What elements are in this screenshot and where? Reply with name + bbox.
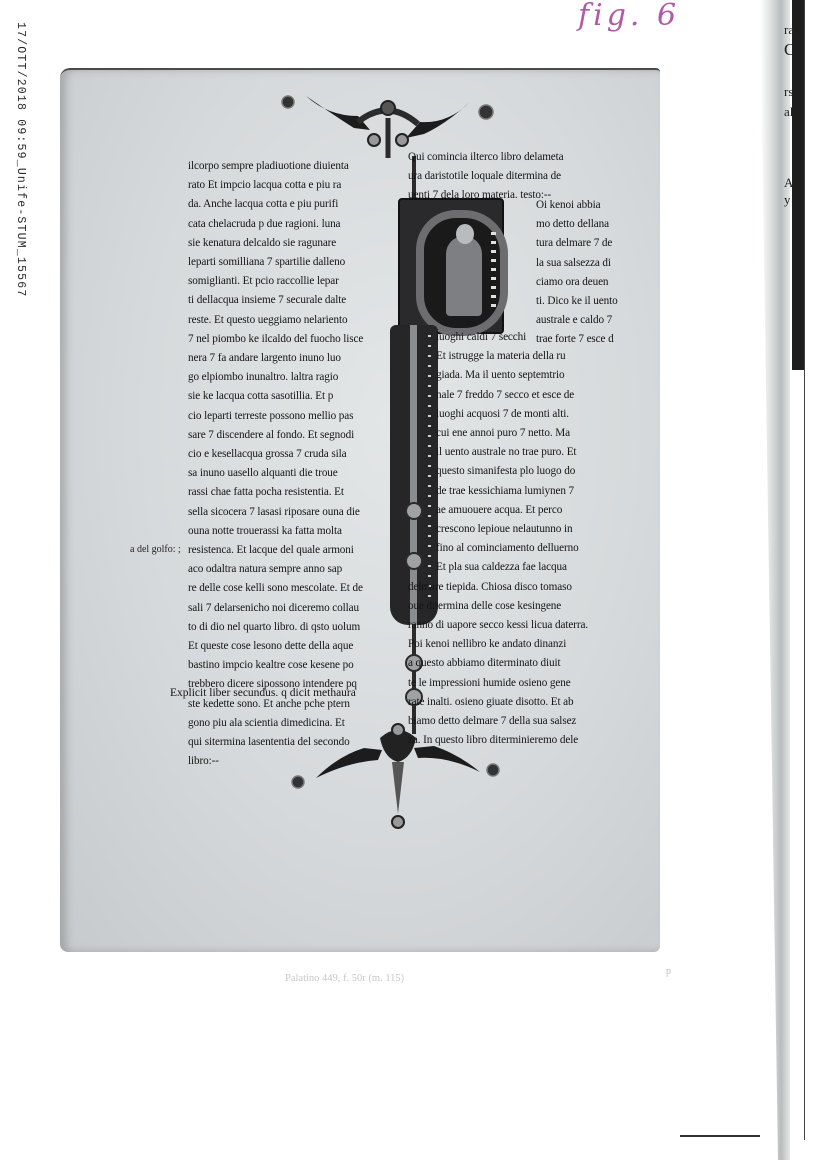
adjacent-page-fragment: C [784,40,800,60]
stem-knot [405,502,423,520]
text-line: la sua salsezza di [536,254,612,273]
text-line: da. Anche lacqua cotta e piu purifi [188,195,378,214]
adjacent-page-fragment: al [784,104,800,120]
text-line: biamo detto delmare 7 della sua salsez [408,712,616,731]
pearl-border [491,232,496,312]
text-line: ilcorpo sempre pladiuotione diuienta [188,157,378,176]
text-line: nera 7 fa andare largento inuno luo [188,349,378,368]
explicit-line: Explicit liber secundus. q dicit methaur… [170,687,356,699]
text-line: rato Et impcio lacqua cotta e piu ra [188,176,378,195]
text-line: somiglianti. Et pcio raccollie lepar [188,272,378,291]
text-line: cio leparti terreste possono mellio pas [188,407,378,426]
text-line: nale 7 freddo 7 secco et esce de [436,386,616,405]
text-line: delmare tiepida. Chiosa disco tomaso [408,578,616,597]
text-line: za. In questo libro diterminieremo dele [408,731,616,750]
right-inset-text: Oi kenoi abbia mo detto dellana tura del… [536,196,612,350]
text-line: sali 7 delarsenicho noi diceremo collau [188,599,378,618]
text-line: ti. Dico ke il uento [536,292,612,311]
text-line: rassi chae fatta pocha resistentia. Et [188,483,378,502]
stem-knot [405,552,423,570]
figure-caption: Palatino 449, f. 50r (m. 115) [285,973,404,984]
stem-dots [428,335,431,605]
text-line: sare 7 discendere al fondo. Et segnodi [188,426,378,445]
right-text-column: luoghi caldi 7 secchi Et istrugge la mat… [436,328,616,750]
adjacent-page-fragment: rs [784,84,800,100]
adjacent-page-fragment: y [784,192,800,208]
text-line: Poi kenoi nellibro ke andato dinanzi [408,635,616,654]
text-line: libro:-- [188,752,378,771]
text-line: leparti somilliana 7 spartilie dalleno [188,253,378,272]
text-line: sella sicocera 7 lasasi riposare ouna di… [188,503,378,522]
text-line: te le impressioni humide osieno gene [408,674,616,693]
text-line: bastino impcio kealtre cose kesene po [188,656,378,675]
text-line: sie ke lacqua cotta sasotillia. Et p [188,387,378,406]
text-line: luoghi caldi 7 secchi [436,328,616,347]
text-line: giada. Ma il uento septemtrio [436,366,616,385]
text-line: rate inalti. osieno giuate disotto. Et a… [408,693,616,712]
text-line: Et pla sua caldezza fae lacqua [436,558,616,577]
text-line: ae amuouere acqua. Et perco [436,501,616,520]
text-line: to di dio nel quarto libro. di qsto uolu… [188,618,378,637]
text-line: reste. Et questo ueggiamo nelariento [188,311,378,330]
text-line: tura delmare 7 de [536,234,612,253]
text-line: resistenca. Et lacque del quale armoni [188,541,378,560]
left-text-column: ilcorpo sempre pladiuotione diuienta rat… [188,157,378,772]
scan-stamp: 17/OTT/2018 09:59_Unife-STUM_15567 [14,22,27,297]
text-line: de trae kessichiama lumiynen 7 [436,482,616,501]
adjacent-page-fragment: A [784,175,800,191]
bottom-rule [680,1135,760,1137]
margin-note: a del golfo: ; [130,544,181,555]
text-line: ranno di uapore secco kessi licua daterr… [408,616,616,635]
text-line: aco odaltra natura sempre anno sap [188,560,378,579]
page-gutter-line [804,0,805,1140]
text-line: ciamo ora deuen [536,273,612,292]
text-line: Et istrugge la materia della ru [436,347,616,366]
text-line: fino al cominciamento delluerno [436,539,616,558]
text-line: ti dellacqua insieme 7 securale dalte [188,291,378,310]
scholar-head [456,224,474,244]
text-line: crescono lepioue nelautunno in [436,520,616,539]
illuminated-initial-p [398,198,504,334]
text-line: il uento australe no trae puro. Et [436,443,616,462]
text-line: a questo abbiamo diterminato diuit [408,654,616,673]
initial-bowl [416,210,508,336]
scholar-figure [446,236,482,316]
text-line: re delle cose kelli sono mescolate. Et d… [188,579,378,598]
page-mark: p [666,966,671,977]
text-line: ouna notte trouerassi ka fatta molta [188,522,378,541]
text-line: luoghi acquosi 7 de monti alti. [436,405,616,424]
heading-line: ura daristotile loquale ditermina de [408,167,608,186]
figure-label-handwritten: fig. 6 [578,0,680,33]
text-line: cui ene annoi puro 7 netto. Ma [436,424,616,443]
text-line: 7 nel piombo ke ilcaldo del fuocho lisce [188,330,378,349]
text-line: Et queste cose lesono dette della aque [188,637,378,656]
text-line: gono piu ala scientia dimedicina. Et [188,714,378,733]
heading-line: Qui comincia ilterco libro delameta [408,148,608,167]
text-line: oue ditermina delle cose kesingene [408,597,616,616]
text-line: go elpiombo inunaltro. laltra ragio [188,368,378,387]
text-line: cata chelacruda p due ragioni. luna [188,215,378,234]
text-line: sa inuno uasello alquanti die troue [188,464,378,483]
text-line: Oi kenoi abbia [536,196,612,215]
text-line: mo detto dellana [536,215,612,234]
adjacent-page-fragment: ra [784,22,800,38]
page-edge-shadow [760,0,790,1160]
manuscript-page: ilcorpo sempre pladiuotione diuienta rat… [60,68,660,952]
adjacent-page-strip: ra C rs al A y [760,0,816,1168]
text-line: qui sitermina lasententia del secondo [188,733,378,752]
text-line: questo simanifesta plo luogo do [436,462,616,481]
text-line: sie kenatura delcaldo sie ragunare [188,234,378,253]
text-line: cio e kesellacqua grossa 7 cruda sila [188,445,378,464]
